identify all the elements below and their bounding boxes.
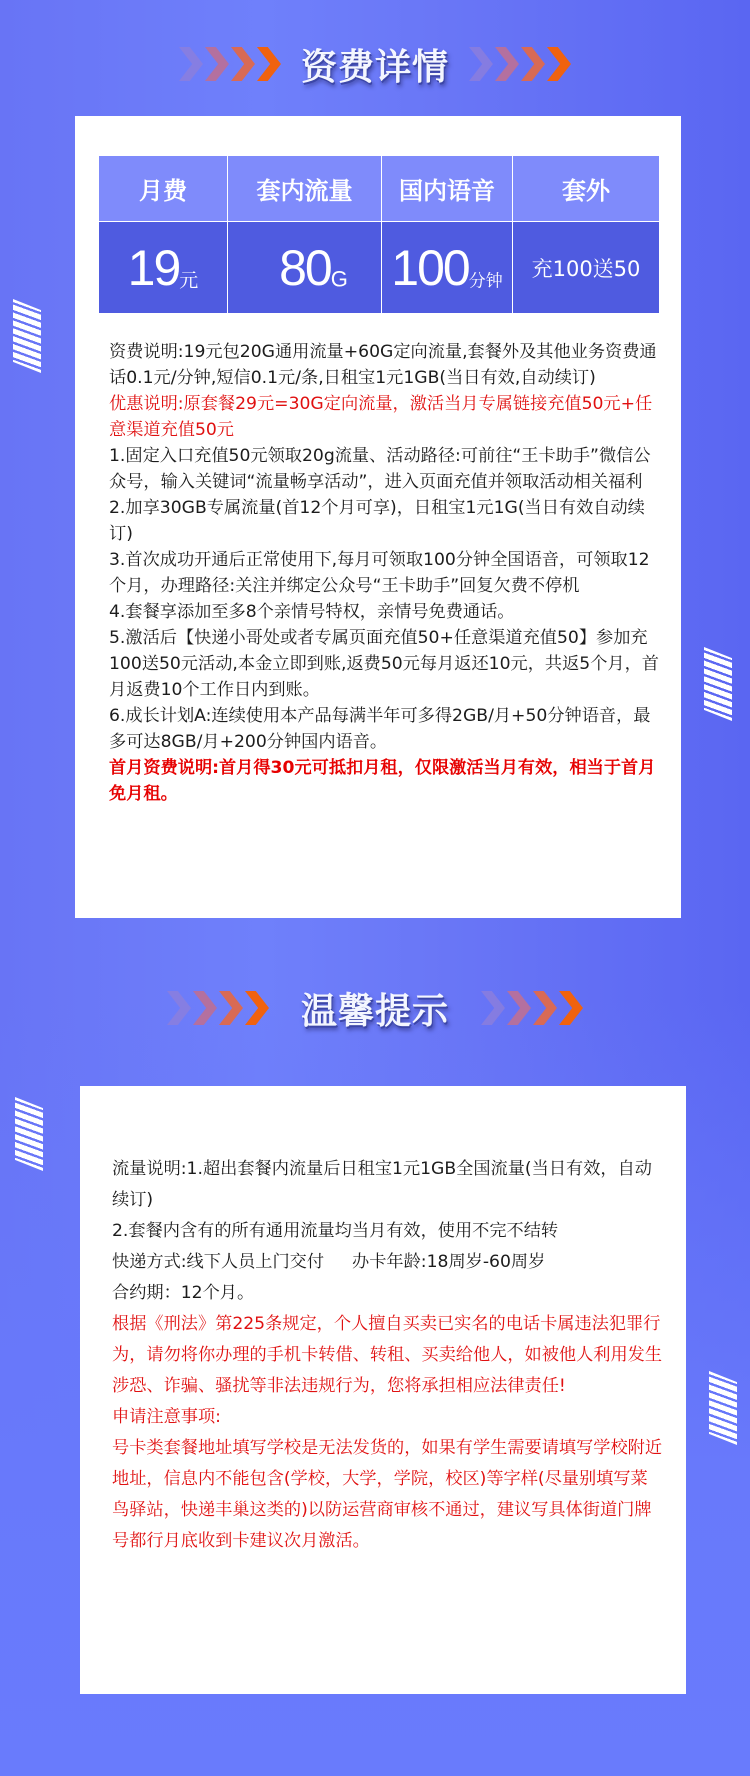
notice-title: 申请注意事项:	[112, 1402, 662, 1433]
chevron-right-icon	[559, 991, 583, 1025]
cell-monthly-fee: 19元	[99, 222, 228, 314]
first-month-note: 首月资费说明:首月得30元可抵扣月租，仅限激活当月有效，相当于首月免月租。	[109, 755, 659, 807]
chevron-right-icon	[533, 991, 557, 1025]
cell-extra: 充100送50	[513, 222, 660, 314]
benefit-item-5: 5.激活后【快递小哥处或者专属页面充值50+任意渠道充值50】参加充100送50…	[109, 625, 659, 703]
chevron-right-icon	[193, 991, 217, 1025]
stripes-decoration-icon	[704, 647, 732, 721]
chevron-right-icon	[481, 991, 505, 1025]
chevron-right-icon	[547, 47, 571, 81]
voice-unit: 分钟	[469, 271, 503, 291]
header-extra: 套外	[513, 156, 660, 222]
flow-note: 流量说明:1.超出套餐内流量后日租宝1元1GB全国流量(当日有效，自动续订)	[112, 1154, 662, 1216]
voice-value: 100	[391, 240, 468, 296]
legal-warning: 根据《刑法》第225条规定，个人擅自买卖已实名的电话卡属违法犯罪行为，请勿将你办…	[112, 1309, 662, 1402]
chevrons-left	[179, 47, 281, 81]
data-value: 80	[279, 240, 331, 296]
chevron-right-icon	[219, 991, 243, 1025]
chevrons-left	[167, 991, 269, 1025]
header-data-allowance: 套内流量	[228, 156, 382, 222]
delivery-method: 快递方式:线下人员上门交付	[112, 1252, 324, 1272]
fee-note: 资费说明:19元包20G通用流量+60G定向流量,套餐外及其他业务资费通话0.1…	[109, 339, 659, 391]
notice-body: 号卡类套餐地址填写学校是无法发货的，如果有学生需要请填写学校附近地址，信息内不能…	[112, 1433, 662, 1557]
benefit-item-4: 4.套餐享添加至多8个亲情号特权，亲情号免费通话。	[109, 599, 659, 625]
fee-summary-table: 月费 套内流量 国内语音 套外 19元 80G 100分钟 充100送50	[98, 155, 660, 314]
header-domestic-voice: 国内语音	[382, 156, 513, 222]
monthly-fee-value: 19	[128, 240, 180, 296]
stripes-decoration-icon	[15, 1097, 43, 1171]
benefit-item-1: 1.固定入口充值50元领取20g流量、活动路径:可前往“王卡助手”微信公众号，输…	[109, 443, 659, 495]
benefit-item-6: 6.成长计划A:连续使用本产品每满半年可多得2GB/月+50分钟语音，最多可达8…	[109, 703, 659, 755]
monthly-fee-unit: 元	[179, 269, 198, 291]
chevrons-right	[469, 47, 571, 81]
chevron-right-icon	[179, 47, 203, 81]
fee-description: 资费说明:19元包20G通用流量+60G定向流量,套餐外及其他业务资费通话0.1…	[109, 339, 659, 807]
tips-card: 流量说明:1.超出套餐内流量后日租宝1元1GB全国流量(当日有效，自动续订) 2…	[80, 1086, 686, 1694]
cell-data-allowance: 80G	[228, 222, 382, 314]
chevrons-right	[481, 991, 583, 1025]
chevron-right-icon	[521, 47, 545, 81]
section-title: 资费详情	[295, 39, 455, 90]
chevron-right-icon	[205, 47, 229, 81]
delivery-age-line: 快递方式:线下人员上门交付办卡年龄:18周岁-60周岁	[112, 1247, 662, 1278]
fee-details-card: 月费 套内流量 国内语音 套外 19元 80G 100分钟 充100送50 资费…	[75, 116, 681, 918]
benefit-item-3: 3.首次成功开通后正常使用下,每月可领取100分钟全国语音，可领取12个月，办理…	[109, 547, 659, 599]
chevron-right-icon	[257, 47, 281, 81]
table-header-row: 月费 套内流量 国内语音 套外	[99, 156, 660, 222]
data-unit: G	[331, 266, 348, 291]
chevron-right-icon	[507, 991, 531, 1025]
age-range: 办卡年龄:18周岁-60周岁	[352, 1252, 545, 1272]
stripes-decoration-icon	[13, 299, 41, 373]
extra-promo: 充100送50	[532, 257, 641, 281]
chevron-right-icon	[231, 47, 255, 81]
cell-voice: 100分钟	[382, 222, 513, 314]
header-monthly-fee: 月费	[99, 156, 228, 222]
section-title: 温馨提示	[283, 983, 467, 1034]
fee-section-heading: 资费详情	[0, 34, 750, 94]
stripes-decoration-icon	[709, 1371, 737, 1445]
chevron-right-icon	[469, 47, 493, 81]
promo-note: 优惠说明:原套餐29元=30G定向流量，激活当月专属链接充值50元+任意渠道充值…	[109, 391, 659, 443]
benefit-item-2: 2.加享30GB专属流量(首12个月可享)，日租宝1元1G(当日有效自动续订)	[109, 495, 659, 547]
tips-section-heading: 温馨提示	[0, 978, 750, 1038]
chevron-right-icon	[167, 991, 191, 1025]
table-row: 19元 80G 100分钟 充100送50	[99, 222, 660, 314]
tips-content: 流量说明:1.超出套餐内流量后日租宝1元1GB全国流量(当日有效，自动续订) 2…	[112, 1154, 662, 1557]
chevron-right-icon	[495, 47, 519, 81]
chevron-right-icon	[245, 991, 269, 1025]
contract-term: 合约期：12个月。	[112, 1278, 662, 1309]
flow-note-2: 2.套餐内含有的所有通用流量均当月有效，使用不完不结转	[112, 1216, 662, 1247]
